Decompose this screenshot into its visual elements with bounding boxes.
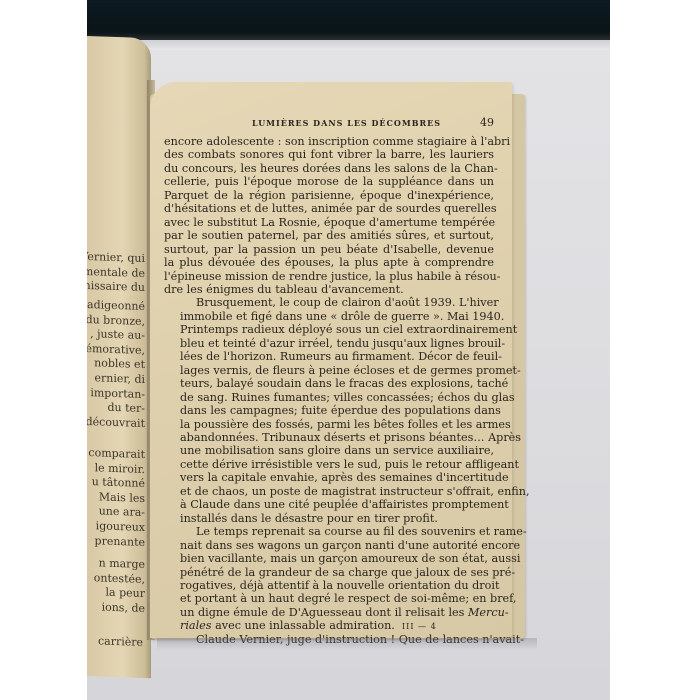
text-line: pénétré de la grandeur de sa charge que … — [164, 566, 494, 579]
text-line: dans les campagnes; fuite éperdue des po… — [164, 404, 494, 417]
italic-text: Mercu- — [468, 606, 509, 619]
text-line: et de chaos, un poste de magistrat instr… — [164, 485, 494, 498]
left-fragment-line: ernier, di — [87, 371, 145, 388]
text-line: abandonnées. Tribunaux déserts et prison… — [164, 431, 494, 444]
text-line: des combats sonores qui font vibrer la b… — [164, 148, 494, 161]
body-text: encore adolescente : son inscription com… — [164, 135, 494, 646]
left-fragment-line: , juste au- — [87, 327, 145, 344]
paragraph: encore adolescente : son inscription com… — [164, 135, 494, 296]
italic-text: riales — [180, 619, 212, 632]
left-page-text: Vernier, qui rmentale de missaire du bad… — [87, 36, 151, 678]
left-fragment-line: ontestée, — [94, 571, 145, 587]
right-page: LUMIÈRES DANS LES DÉCOMBRES 49 encore ad… — [150, 82, 512, 638]
left-fragment-block-3: comparait le miroir. u tâtonné Mais les … — [88, 446, 145, 550]
text-line: la plus dévouée des épouses, la plus apt… — [164, 256, 494, 269]
left-fragment-block-4: n marge ontestée, la peur ions, de — [94, 556, 145, 616]
text-line: cette dérive irrésistible vers le sud, p… — [164, 458, 494, 471]
left-fragment-line: importan- — [87, 385, 145, 402]
text-line: nait dans ses wagons un garçon nanti d'u… — [164, 539, 494, 552]
left-fragment-line: comparait — [88, 446, 145, 463]
text-line: Brusquement, le coup de clairon d'août 1… — [164, 296, 494, 309]
text-line: la poussière des fossés, parmi les bêtes… — [164, 418, 494, 431]
text-line: d'hésitations et de luttes, animée par d… — [164, 202, 494, 215]
signature-mark: III — 4 — [402, 622, 437, 631]
text-line: dre les énigmes du tableau d'avancement. — [164, 283, 494, 296]
text-line: par le soutien paternel, par des amitiés… — [164, 229, 494, 242]
left-fragment-line: igoureux — [88, 519, 145, 536]
running-head-title: LUMIÈRES DANS LES DÉCOMBRES — [252, 118, 441, 128]
left-fragment-block-5: carrière — [98, 634, 143, 650]
left-fragment-line: n marge — [94, 556, 145, 572]
text-line: lées de l'horizon. Rumeurs au firmament.… — [164, 350, 494, 363]
text-line: un digne émule de D'Aguesseau dont il re… — [164, 606, 494, 619]
left-fragment-line: u tâtonné — [88, 475, 145, 492]
left-fragment-line: badigeonné — [87, 298, 145, 315]
left-fragment-line: Vernier, qui — [87, 250, 145, 267]
left-fragment-block-1: Vernier, qui rmentale de missaire du — [87, 250, 145, 296]
text-line: riales avec une inlassable admiration. — [164, 619, 494, 632]
text-line: et portant à un haut degré le respect de… — [164, 592, 494, 605]
text-line: teurs, balayé soudain dans le fracas des… — [164, 377, 494, 390]
text-line: vers la capitale envahie, après des sema… — [164, 471, 494, 484]
paragraph: Le temps reprenait sa course au fil des … — [164, 525, 494, 633]
text-line: cellerie, puis l'époque morose de la sup… — [164, 175, 494, 188]
text-line: Parquet de la région parisienne, époque … — [164, 189, 494, 202]
background-dark-band — [87, 0, 610, 40]
text-line: avec le substitut La Rosnie, époque d'am… — [164, 216, 494, 229]
left-fragment-block-2: badigeonné du bronze, , juste au- émorat… — [87, 298, 145, 432]
text-line: de sang. Ruines fumantes; villes concass… — [164, 391, 494, 404]
text-line: bien vacillante, mais un garçon amoureux… — [164, 552, 494, 565]
left-fragment-line: prenante — [88, 534, 145, 551]
page-content: LUMIÈRES DANS LES DÉCOMBRES 49 encore ad… — [164, 116, 494, 646]
paragraph: Brusquement, le coup de clairon d'août 1… — [164, 296, 494, 525]
left-fragment-line: carrière — [98, 634, 143, 650]
left-fragment-line: missaire du — [87, 279, 145, 296]
text-line: bleu et teinté d'azur irréel, tendu jusq… — [164, 337, 494, 350]
text-line: du concours, les heures dorées dans les … — [164, 162, 494, 175]
text-line: Le temps reprenait sa course au fil des … — [164, 525, 494, 538]
text-line: l'épineuse mission de rendre justice, la… — [164, 270, 494, 283]
text-line: rogatives, déjà attentif à la nouvelle o… — [164, 579, 494, 592]
text-line: lages vernis, de fleurs à peine écloses … — [164, 364, 494, 377]
text-line: immobile et figé dans une « drôle de gue… — [164, 310, 494, 323]
text-line: surtout, par la passion un peu béate d'I… — [164, 243, 494, 256]
text-line: une mobilisation sans gloire dans un ser… — [164, 444, 494, 457]
text-line: installés dans le désastre pour en tirer… — [164, 512, 494, 525]
text-line: encore adolescente : son inscription com… — [164, 135, 494, 148]
page-number: 49 — [480, 116, 494, 129]
left-fragment-line: découvrait — [87, 415, 145, 432]
surface-edge — [87, 40, 610, 50]
book-photo: Vernier, qui rmentale de missaire du bad… — [87, 0, 610, 700]
text-line: Printemps radieux déployé sous un ciel e… — [164, 323, 494, 336]
page-shadow — [157, 638, 537, 650]
left-fragment-line: ions, de — [94, 600, 145, 616]
text-line: à Claude dans une cité peuplée d'affairi… — [164, 498, 494, 511]
left-page: Vernier, qui rmentale de missaire du bad… — [87, 36, 151, 678]
running-head: LUMIÈRES DANS LES DÉCOMBRES 49 — [164, 116, 494, 129]
